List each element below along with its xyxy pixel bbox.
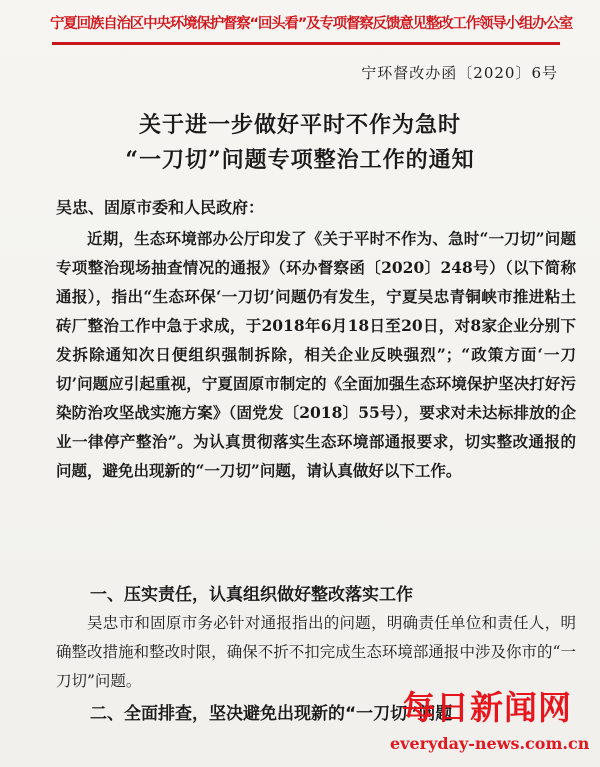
title-line-2: “一刀切”问题专项整治工作的通知 — [0, 143, 600, 174]
watermark-logo: 每日新闻网 — [402, 682, 572, 729]
recipient: 吴忠、固原市委和人民政府： — [56, 195, 264, 218]
document-number: 宁环督改办函〔2020〕6号 — [361, 62, 558, 83]
section-heading-1: 一、压实责任，认真组织做好整改落实工作 — [56, 580, 576, 605]
document-page: 宁夏回族自治区中央环境保护督察“回头看”及专项督察反馈意见整改工作领导小组办公室… — [0, 0, 600, 767]
watermark-url: everyday-news.com.cn — [390, 734, 589, 753]
issuer-header: 宁夏回族自治区中央环境保护督察“回头看”及专项督察反馈意见整改工作领导小组办公室 — [50, 12, 562, 33]
red-divider-line — [52, 42, 560, 45]
paragraph-intro: 近期，生态环境部办公厅印发了《关于平时不作为、急时“一刀切”问题专项整治现场抽查… — [56, 224, 576, 485]
title-line-1: 关于进一步做好平时不作为急时 — [0, 108, 600, 139]
